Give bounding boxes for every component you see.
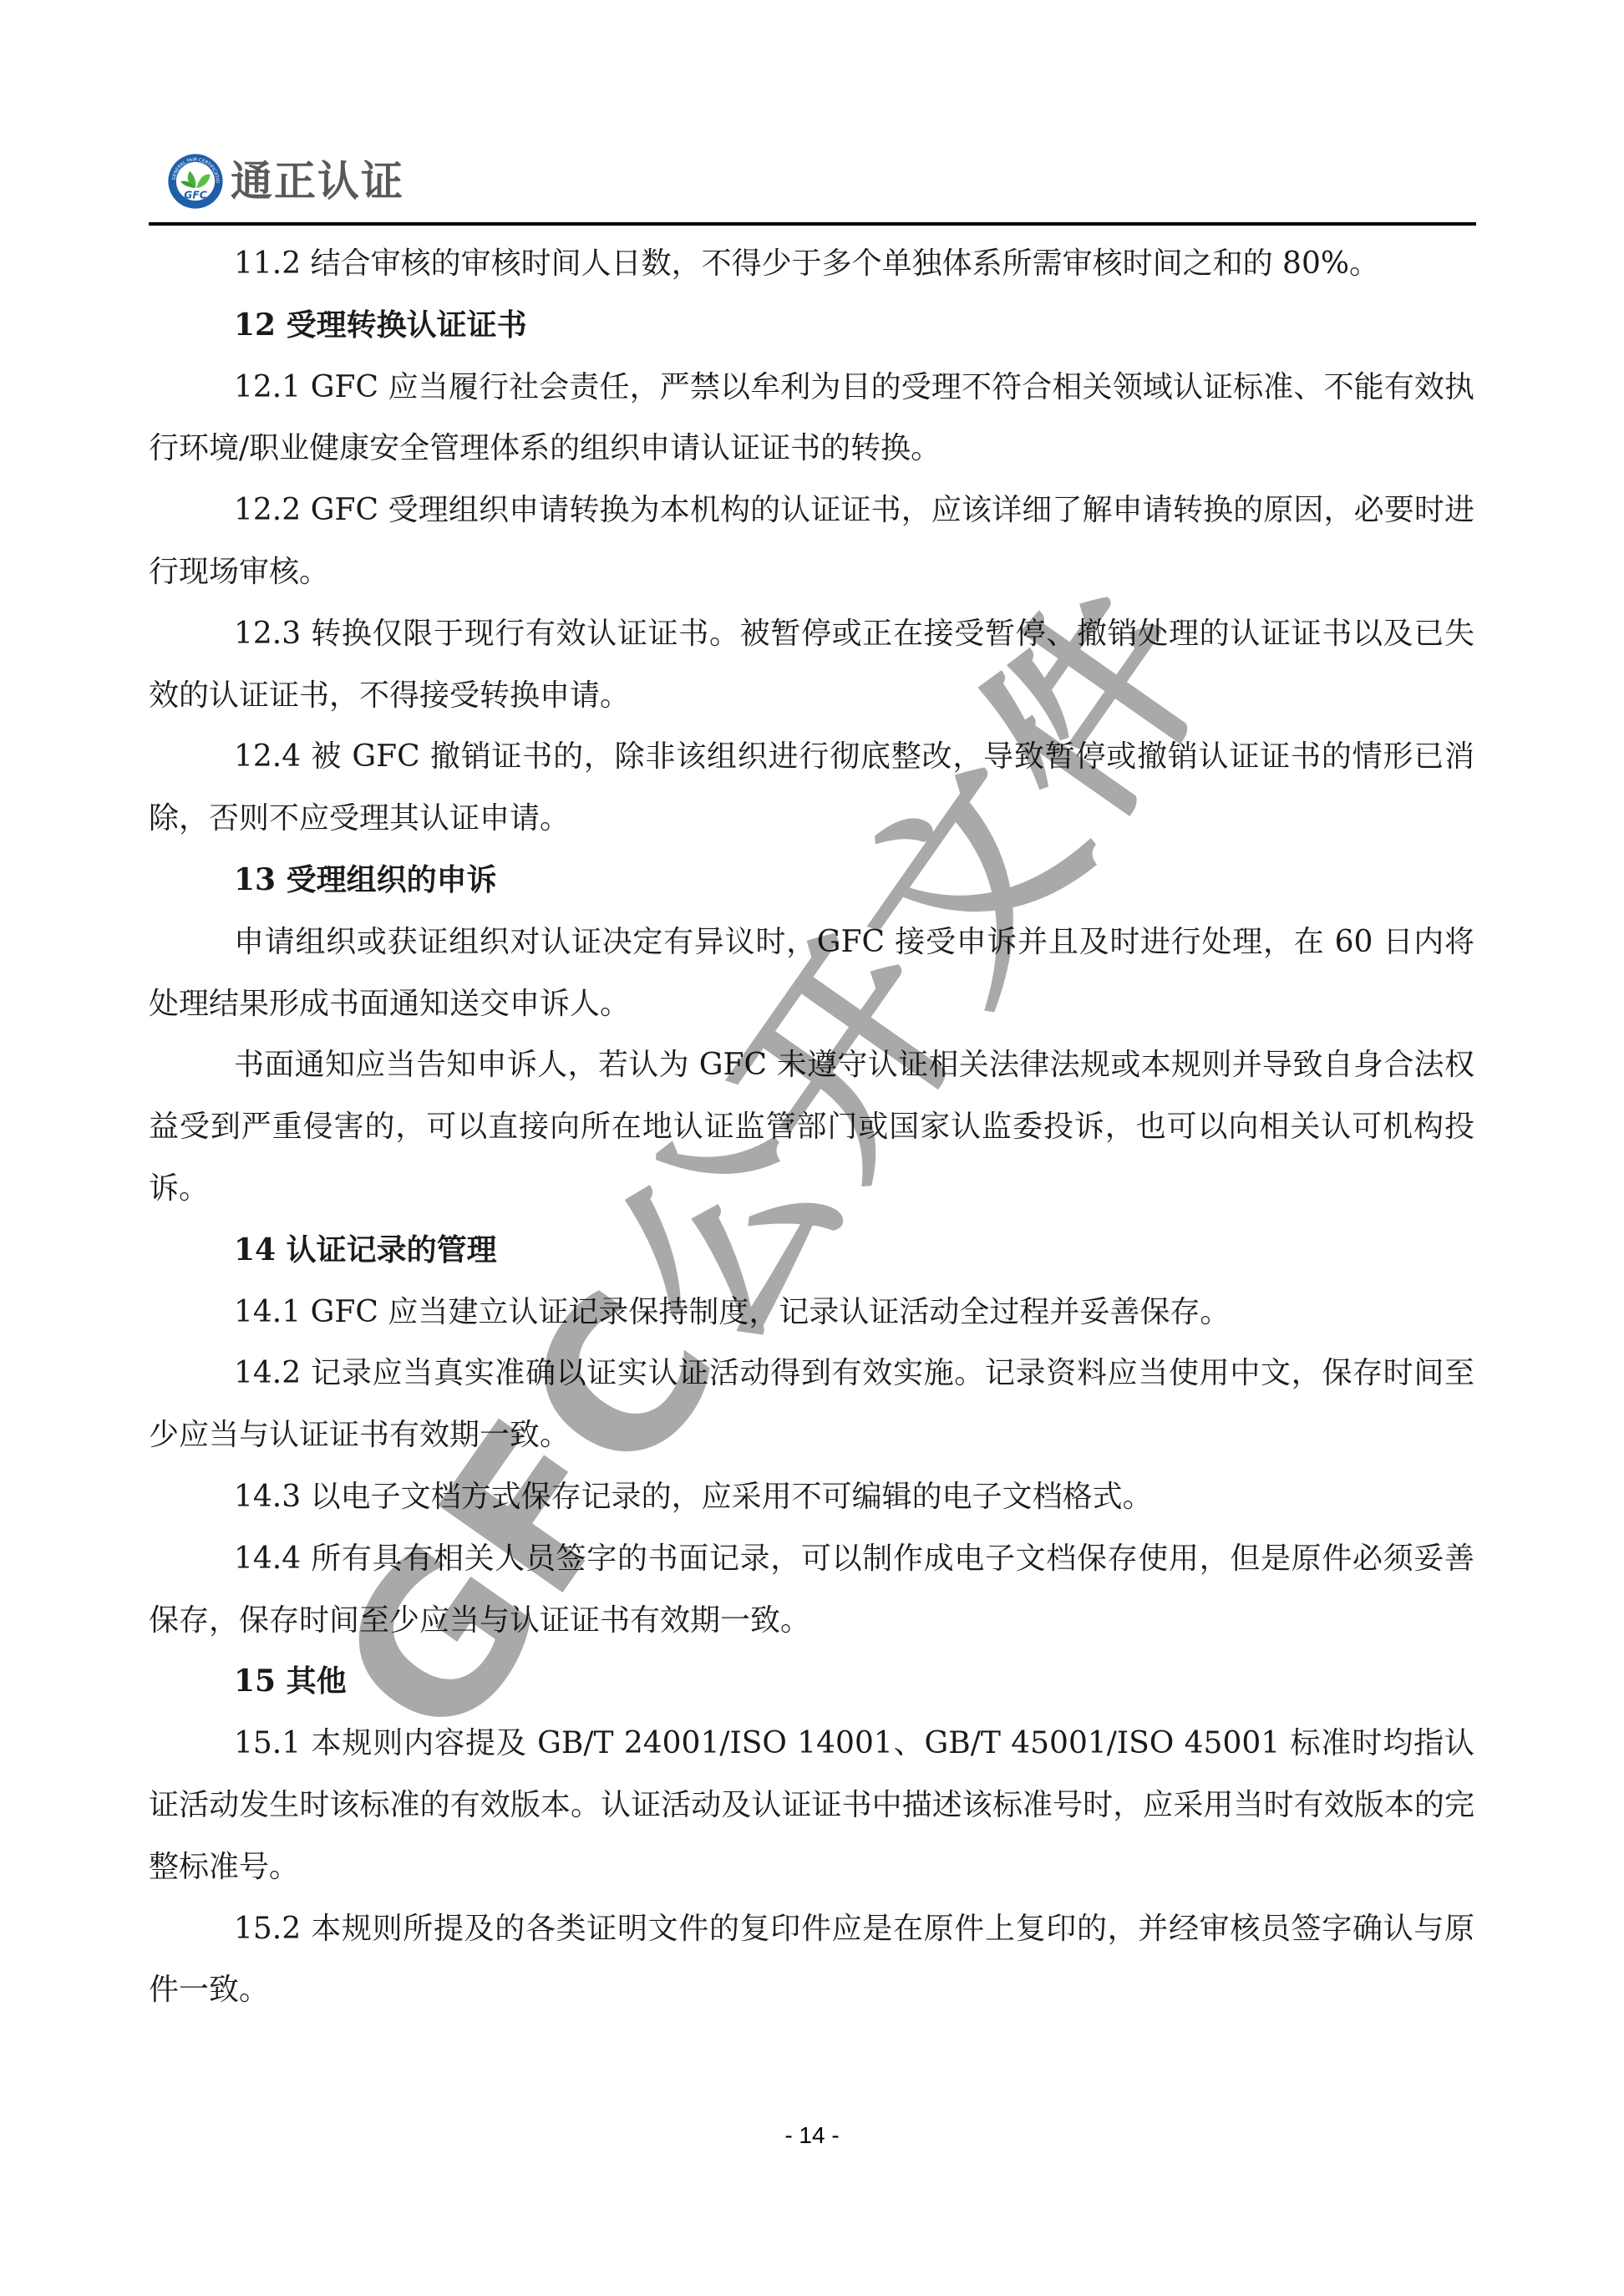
header-divider — [149, 222, 1476, 226]
paragraph-13-a: 申请组织或获证组织对认证决定有异议时，GFC 接受申诉并且及时进行处理，在 60… — [149, 912, 1474, 1035]
document-page: GFC GENERAL FAIR CERTIFICATION 通正认证 11.2… — [0, 0, 1624, 2296]
section-heading-14: 14 认证记录的管理 — [149, 1220, 1474, 1282]
section-heading-12: 12 受理转换认证证书 — [149, 295, 1474, 357]
paragraph-14-4: 14.4 所有具有相关人员签字的书面记录，可以制作成电子文档保存使用，但是原件必… — [149, 1528, 1474, 1652]
gfc-logo-icon: GFC GENERAL FAIR CERTIFICATION — [167, 153, 224, 210]
section-heading-15: 15 其他 — [149, 1651, 1474, 1713]
paragraph-14-3: 14.3 以电子文档方式保存记录的，应采用不可编辑的电子文档格式。 — [149, 1466, 1474, 1528]
paragraph-12-3: 12.3 转换仅限于现行有效认证证书。被暂停或正在接受暂停、撤销处理的认证证书以… — [149, 603, 1474, 727]
paragraph-11-2: 11.2 结合审核的审核时间人日数，不得少于多个单独体系所需审核时间之和的 80… — [149, 233, 1474, 295]
document-body: 11.2 结合审核的审核时间人日数，不得少于多个单独体系所需审核时间之和的 80… — [149, 233, 1474, 2021]
paragraph-14-1: 14.1 GFC 应当建立认证记录保持制度，记录认证活动全过程并妥善保存。 — [149, 1282, 1474, 1344]
paragraph-12-1: 12.1 GFC 应当履行社会责任，严禁以牟利为目的受理不符合相关领域认证标准、… — [149, 357, 1474, 480]
page-header: GFC GENERAL FAIR CERTIFICATION 通正认证 — [149, 147, 1476, 227]
svg-text:GFC: GFC — [184, 189, 206, 201]
section-heading-13: 13 受理组织的申诉 — [149, 850, 1474, 912]
brand-name: 通正认证 — [231, 157, 404, 206]
paragraph-15-2: 15.2 本规则所提及的各类证明文件的复印件应是在原件上复印的，并经审核员签字确… — [149, 1898, 1474, 2022]
paragraph-15-1: 15.1 本规则内容提及 GB/T 24001/ISO 14001、GB/T 4… — [149, 1713, 1474, 1897]
paragraph-13-b: 书面通知应当告知申诉人，若认为 GFC 未遵守认证相关法律法规或本规则并导致自身… — [149, 1034, 1474, 1219]
paragraph-12-4: 12.4 被 GFC 撤销证书的，除非该组织进行彻底整改，导致暂停或撤销认证证书… — [149, 726, 1474, 850]
paragraph-12-2: 12.2 GFC 受理组织申请转换为本机构的认证证书，应该详细了解申请转换的原因… — [149, 480, 1474, 603]
paragraph-14-2: 14.2 记录应当真实准确以证实认证活动得到有效实施。记录资料应当使用中文，保存… — [149, 1343, 1474, 1466]
page-number: - 14 - — [0, 2122, 1624, 2149]
